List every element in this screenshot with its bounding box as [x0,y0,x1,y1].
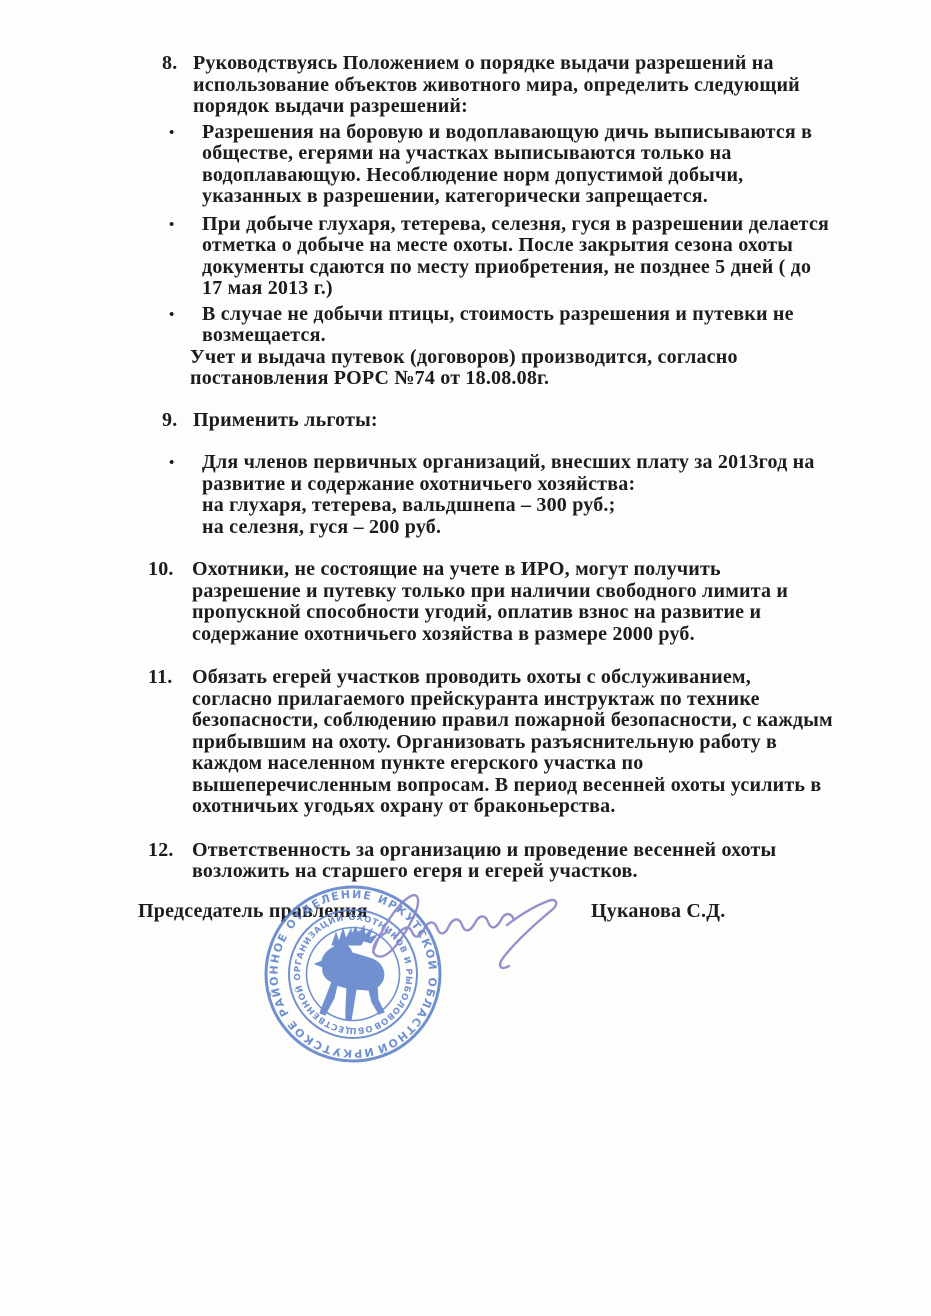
document-scan-page: 8. Руководствуясь Положением о порядке в… [0,0,931,1316]
list-item-12-text: Ответственность за организацию и проведе… [192,840,852,883]
bullet-text: Разрешения на боровую и водоплавающую ди… [202,122,852,208]
signature-svg [355,880,575,985]
bullet-marker: • [162,214,202,237]
list-item-9: 9. Применить льготы: [162,410,852,432]
bullet-text: В случае не добычи птицы, стоимость разр… [202,304,852,347]
list-item-12-number: 12. [148,840,192,862]
bullet-marker: • [162,304,202,327]
list-item-11-text: Обязать егерей участков проводить охоты … [192,667,852,818]
list-item-10: 10. Охотники, не состоящие на учете в ИР… [162,559,852,645]
signature-initial-loop [373,895,418,956]
list-item-11-number: 11. [148,667,192,689]
list-item-10-text: Охотники, не состоящие на учете в ИРО, м… [192,559,852,645]
document-body: 8. Руководствуясь Положением о порядке в… [162,53,852,883]
bullet-marker: • [162,452,202,475]
list-item-12: 12. Ответственность за организацию и про… [162,840,852,883]
list-item-11: 11. Обязать егерей участков проводить ох… [162,667,852,818]
note-vouchers: Учет и выдача путевок (договоров) произв… [162,347,852,390]
list-item-9-text: Применить льготы: [193,410,852,432]
list-item-8-number: 8. [162,53,193,75]
signature-flourish [500,900,556,968]
list-item-9-number: 9. [162,410,193,432]
bullet-item-discounts: • Для членов первичных организаций, внес… [162,452,852,538]
bullet-marker: • [162,122,202,145]
list-item-10-number: 10. [148,559,192,581]
bullet-item-no-refund: • В случае не добычи птицы, стоимость ра… [162,304,852,347]
bullet-item-harvest-mark: • При добыче глухаря, тетерева, селезня,… [162,214,852,300]
signer-name: Цуканова С.Д. [591,901,725,923]
list-item-8: 8. Руководствуясь Положением о порядке в… [162,53,852,118]
bullet-text: При добыче глухаря, тетерева, селезня, г… [202,214,852,300]
list-item-8-text: Руководствуясь Положением о порядке выда… [193,53,852,118]
handwritten-signature [355,880,575,985]
bullet-text: Для членов первичных организаций, внесши… [202,452,852,538]
bullet-item-permits: • Разрешения на боровую и водоплавающую … [162,122,852,208]
